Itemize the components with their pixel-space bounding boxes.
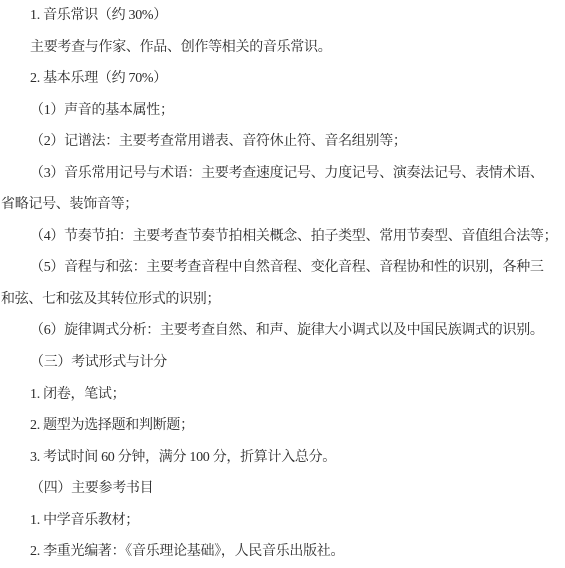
line-item-3-signs-terms: （3）音乐常用记号与术语：主要考查速度记号、力度记号、演奏法记号、表情术语、 bbox=[0, 158, 565, 190]
line-item-4-rhythm-meter: （4）节奏节拍：主要考查节奏节拍相关概念、拍子类型、常用节奏型、音值组合法等； bbox=[0, 221, 565, 253]
line-music-knowledge-desc: 主要考查与作家、作品、创作等相关的音乐常识。 bbox=[0, 32, 565, 64]
line-item-3-continuation: 省略记号、装饰音等； bbox=[0, 189, 565, 221]
line-item-5-intervals-chords: （5）音程与和弦：主要考查音程中自然音程、变化音程、音程协和性的识别，各种三 bbox=[0, 252, 565, 284]
line-music-knowledge-heading: 1. 音乐常识（约 30%） bbox=[0, 0, 565, 32]
line-item-5-continuation: 和弦、七和弦及其转位形式的识别； bbox=[0, 284, 565, 316]
line-ref-1-school-textbooks: 1. 中学音乐教材； bbox=[0, 505, 565, 537]
line-section-4-reference-books: （四）主要参考书目 bbox=[0, 473, 565, 505]
line-item-6-melody-mode-analysis: （6）旋律调式分析：主要考查自然、和声、旋律大小调式以及中国民族调式的识别。 bbox=[0, 315, 565, 347]
line-exam-2-question-types: 2. 题型为选择题和判断题； bbox=[0, 410, 565, 442]
line-ref-2-li-zhongguang-book: 2. 李重光编著：《音乐理论基础》，人民音乐出版社。 bbox=[0, 536, 565, 568]
line-item-1-sound-properties: （1）声音的基本属性； bbox=[0, 95, 565, 127]
line-item-2-notation: （2）记谱法：主要考查常用谱表、音符休止符、音名组别等； bbox=[0, 126, 565, 158]
line-exam-3-duration-score: 3. 考试时间 60 分钟，满分 100 分，折算计入总分。 bbox=[0, 442, 565, 474]
document-page: 1. 音乐常识（约 30%） 主要考查与作家、作品、创作等相关的音乐常识。 2.… bbox=[0, 0, 565, 568]
line-section-3-exam-format-scoring: （三）考试形式与计分 bbox=[0, 347, 565, 379]
line-basic-theory-heading: 2. 基本乐理（约 70%） bbox=[0, 63, 565, 95]
line-exam-1-closed-book: 1. 闭卷，笔试； bbox=[0, 379, 565, 411]
